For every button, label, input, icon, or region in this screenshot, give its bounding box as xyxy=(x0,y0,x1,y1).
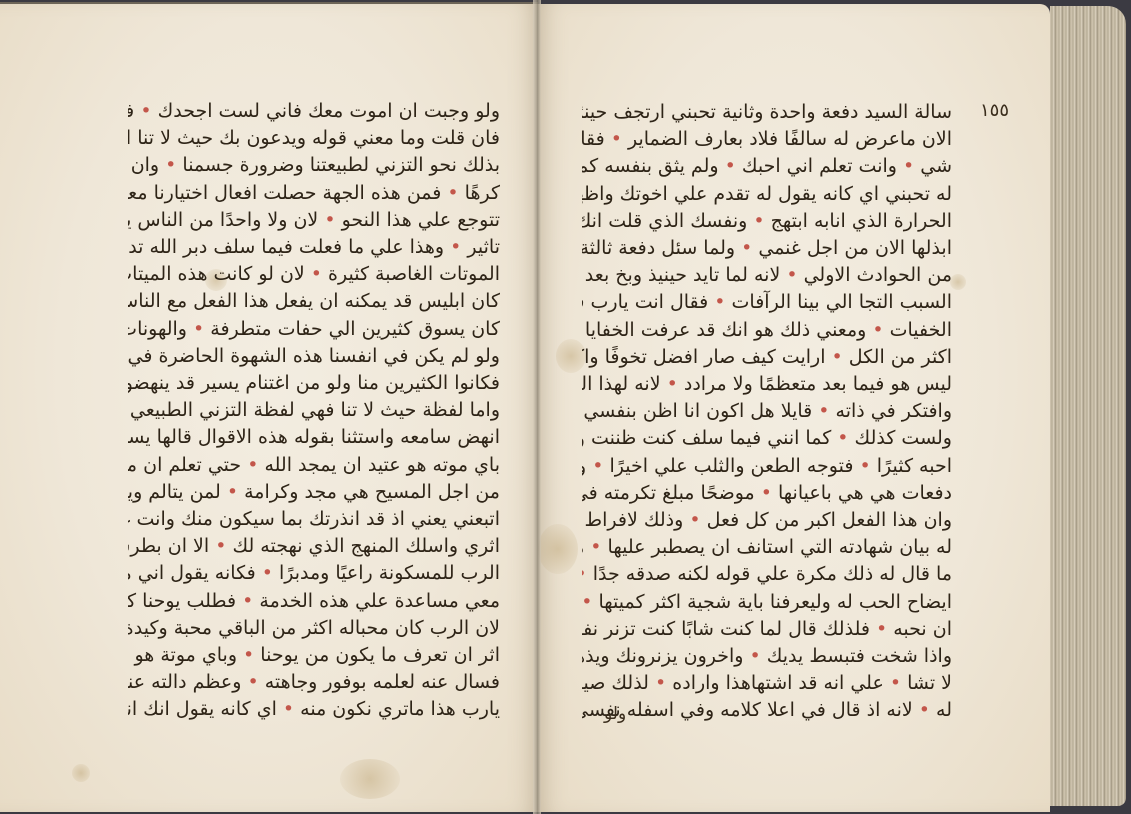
text-line: اثري واسلك المنهج الذي نهجته لك • الا ان… xyxy=(128,533,500,560)
left-page-text: ولو وجبت ان اموت معك فاني لست اجحدك • فل… xyxy=(128,98,500,724)
text-line: ايضاح الحب له وليعرفنا باية شجية اكثر كم… xyxy=(582,589,952,616)
rubric-dot: • xyxy=(247,454,258,476)
rubric-dot: • xyxy=(242,590,253,612)
rubric-dot: • xyxy=(582,591,592,613)
rubric-dot: • xyxy=(611,128,622,150)
open-manuscript: ولو وجبت ان اموت معك فاني لست اجحدك • فل… xyxy=(0,0,1131,814)
text-line: وافتكر في ذاته • قايلا هل اكون انا اظن ب… xyxy=(582,398,952,425)
text-line: الان ماعرض له سالفًا فلاد بعارف الضماير … xyxy=(582,126,952,153)
rubric-dot: • xyxy=(919,699,930,721)
rubric-dot: • xyxy=(837,427,848,449)
text-line: احبه كثيرًا • فتوجه الطعن والثلب علي اخي… xyxy=(582,453,952,480)
rubric-dot: • xyxy=(761,482,772,504)
text-line: بذلك نحو التزني لطبيعتنا وضرورة جسمنا • … xyxy=(128,152,500,179)
text-line: ولو لم يكن في انفسنا هذه الشهوة الحاضرة … xyxy=(128,343,500,370)
foxing-stain xyxy=(340,759,400,799)
text-line: وان هذا الفعل اكبر من كل فعل • وذلك لافر… xyxy=(582,507,952,534)
text-line: الخفيات • ومعني ذلك هو انك قد عرفت الخفا… xyxy=(582,317,952,344)
text-line: انهض سامعه واستثنا بقوله هذه الاقوال قال… xyxy=(128,424,500,451)
rubric-dot: • xyxy=(193,318,204,340)
left-page: ولو وجبت ان اموت معك فاني لست اجحدك • فل… xyxy=(0,2,538,812)
text-line: دفعات هي هي باعيانها • موضحًا مبلغ تكرمت… xyxy=(582,480,952,507)
text-line: لا تشا • علي انه قد اشتهاهذا واراده • لذ… xyxy=(582,670,952,697)
text-line: شي • وانت تعلم اني احبك • ولم يثق بنفسه … xyxy=(582,153,952,180)
rubric-dot: • xyxy=(140,100,151,122)
text-line: واذا شخت فتبسط يديك • واخرون يزنرونك ويذ… xyxy=(582,643,952,670)
text-line: واما لفظة حيث لا تنا فهي لفظة التزني الط… xyxy=(128,397,500,424)
text-line: ابذلها الان من اجل غنمي • ولما سئل دفعة … xyxy=(582,235,952,262)
text-line: تتوجع علي هذا النحو • لان ولا واحدًا من … xyxy=(128,207,500,234)
text-line: اكثر من الكل • ارايت كيف صار افضل تخوفًا… xyxy=(582,344,952,371)
text-line: ولست كذلك • كما انني فيما سلف كنت ظننت و… xyxy=(582,425,952,452)
text-line: من اجل المسيح هي مجد وكرامة • لمن يتالم … xyxy=(128,479,500,506)
text-line: ما قال له ذلك مكرة علي قوله لكنه صدقه جد… xyxy=(582,561,952,588)
text-line: كرهًا • فمن هذه الجهة حصلت افعال اختيارن… xyxy=(128,180,500,207)
foxing-stain xyxy=(72,764,90,782)
rubric-dot: • xyxy=(689,509,700,531)
folio-number: ١٥٥ xyxy=(980,100,1009,121)
rubric-dot: • xyxy=(818,400,829,422)
rubric-dot: • xyxy=(215,535,226,557)
rubric-dot: • xyxy=(786,264,797,286)
text-line: كان يسوق كثيرين الي حفات متطرفة • والهون… xyxy=(128,316,500,343)
rubric-dot: • xyxy=(324,209,335,231)
rubric-dot: • xyxy=(714,291,725,313)
right-page: ١٥٥ سالة السيد دفعة واحدة وثانية تحبني ا… xyxy=(538,4,1050,812)
text-line: الحرارة الذي انابه ابتهج • ونفسك الذي قل… xyxy=(582,208,952,235)
text-line: اتبعني يعني اذ قد انذرتك بما سيكون منك و… xyxy=(128,506,500,533)
rubric-dot: • xyxy=(592,455,603,477)
rubric-dot: • xyxy=(582,563,587,585)
text-line: فسال عنه لعلمه بوفور وجاهته • وعظم دالته… xyxy=(128,669,500,696)
text-line: له بيان شهادته التي استانف ان يصطبر عليه… xyxy=(582,534,952,561)
text-line: يارب هذا ماتري نكون منه • اي كانه يقول ا… xyxy=(128,696,500,723)
rubric-dot: • xyxy=(725,155,736,177)
rubric-dot: • xyxy=(247,671,258,693)
rubric-dot: • xyxy=(859,455,870,477)
text-line: باي موته هو عتيد ان يمجد الله • حتي تعلم… xyxy=(128,452,500,479)
catchword: ولو xyxy=(604,704,626,724)
text-line: تاثير • وهذا علي ما فعلت فيما سلف دبر ال… xyxy=(128,234,500,261)
rubric-dot: • xyxy=(655,672,666,694)
rubric-dot: • xyxy=(872,319,883,341)
text-line: ولو وجبت ان اموت معك فاني لست اجحدك • فل… xyxy=(128,98,500,125)
text-line: له تحبني اي كانه يقول له تقدم علي اخوتك … xyxy=(582,181,952,208)
rubric-dot: • xyxy=(262,562,273,584)
rubric-dot: • xyxy=(450,236,461,258)
text-line: معي مساعدة علي هذه الخدمة • فطلب يوحنا ك… xyxy=(128,588,500,615)
rubric-dot: • xyxy=(311,263,322,285)
book-gutter xyxy=(533,0,541,814)
text-line: الرب للمسكونة راعيًا ومدبرًا • فكانه يقو… xyxy=(128,560,500,587)
rubric-dot: • xyxy=(227,481,238,503)
right-page-text: سالة السيد دفعة واحدة وثانية تحبني ارتجف… xyxy=(582,99,952,725)
rubric-dot: • xyxy=(667,373,678,395)
rubric-dot: • xyxy=(283,698,294,720)
text-line: له • لانه اذ قال في اعلا كلامه وفي اسفله… xyxy=(582,697,952,724)
text-line: ان نحبه • فلذلك قال لما كنت شابًا كنت تز… xyxy=(582,616,952,643)
text-line: كان ابليس قد يمكنه ان يفعل هذا الفعل مع … xyxy=(128,288,500,315)
rubric-dot: • xyxy=(243,644,254,666)
rubric-dot: • xyxy=(165,154,176,176)
rubric-dot: • xyxy=(903,155,914,177)
rubric-dot: • xyxy=(749,645,760,667)
fore-edge-page-stack xyxy=(1050,6,1126,806)
text-line: الموتات الغاصبة كثيرة • لان لو كانت هذه … xyxy=(128,261,500,288)
text-line: سالة السيد دفعة واحدة وثانية تحبني ارتجف… xyxy=(582,99,952,126)
foxing-stain xyxy=(950,274,966,290)
text-line: ليس هو فيما بعد متعظمًا ولا مرادد • لانه… xyxy=(582,371,952,398)
text-line: اثر ان تعرف ما يكون من يوحنا • وباي موتة… xyxy=(128,642,500,669)
text-line: فان قلت وما معني قوله ويدعون بك حيث لا ت… xyxy=(128,125,500,152)
text-line: لان الرب كان محباله اكثر من الباقي محبة … xyxy=(128,615,500,642)
text-line: من الحوادث الاولي • لانه لما تايد حينيذ … xyxy=(582,262,952,289)
rubric-dot: • xyxy=(741,237,752,259)
rubric-dot: • xyxy=(753,210,764,232)
text-line: السبب التجا الي بينا الرآفات • فقال انت … xyxy=(582,289,952,316)
text-line: فكانوا الكثيرين منا ولو من اغتنام يسير ق… xyxy=(128,370,500,397)
foxing-stain xyxy=(538,524,578,574)
rubric-dot: • xyxy=(590,536,601,558)
rubric-dot: • xyxy=(447,182,458,204)
rubric-dot: • xyxy=(890,672,901,694)
rubric-dot: • xyxy=(876,618,887,640)
rubric-dot: • xyxy=(832,346,843,368)
